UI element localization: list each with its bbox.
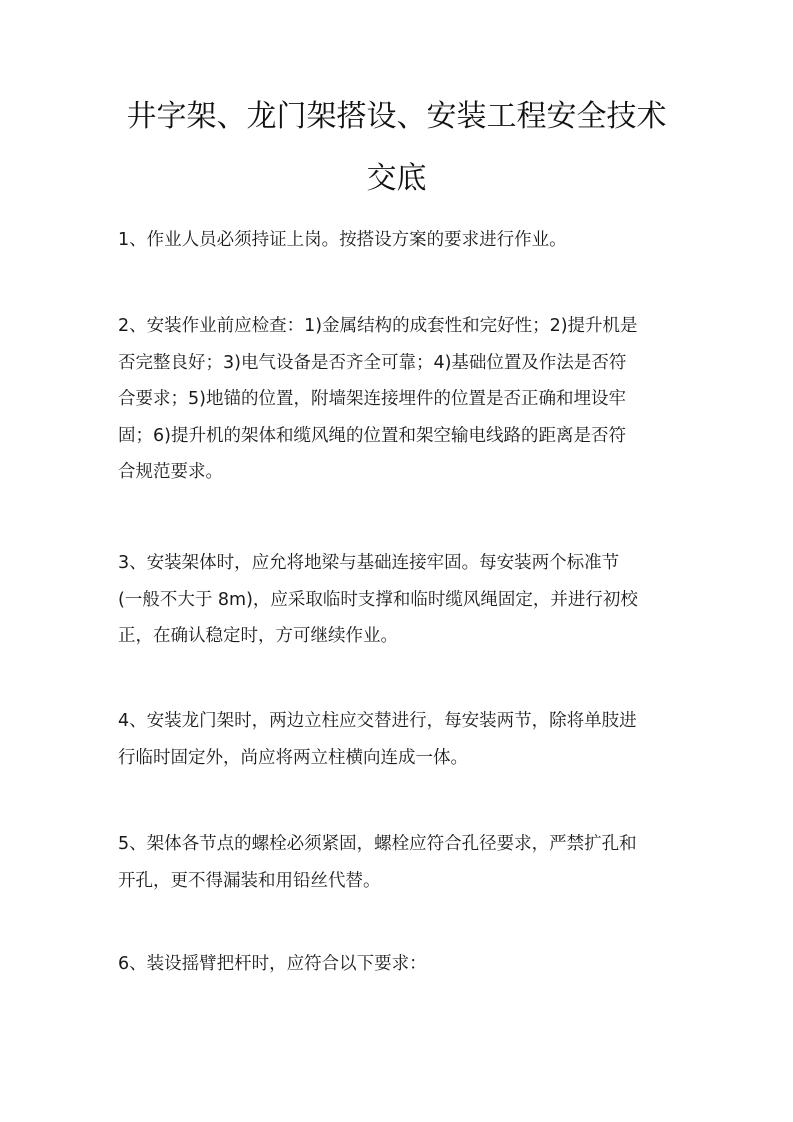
paragraph-4: 4、安装龙门架时，两边立柱应交替进行，每安装两节，除将单肢进 行临时固定外，尚应… bbox=[118, 703, 688, 776]
paragraph-line: 3、安装架体时，应允将地梁与基础连接牢固。每安装两个标准节 bbox=[118, 545, 688, 582]
paragraph-1: 1、作业人员必须持证上岗。按搭设方案的要求进行作业。 bbox=[118, 222, 688, 259]
paragraph-line: (一般不大于 8m)，应采取临时支撑和临时缆风绳固定，并进行初校 bbox=[118, 582, 688, 619]
document-title: 井字架、龙门架搭设、安装工程安全技术 交底 bbox=[0, 86, 793, 210]
paragraph-line: 行临时固定外，尚应将两立柱横向连成一体。 bbox=[118, 740, 688, 777]
paragraph-line: 1、作业人员必须持证上岗。按搭设方案的要求进行作业。 bbox=[118, 222, 688, 259]
paragraph-line: 6、装设摇臂把杆时，应符合以下要求： bbox=[118, 946, 688, 983]
paragraph-line: 2、安装作业前应检查：1)金属结构的成套性和完好性；2)提升机是 bbox=[118, 308, 688, 345]
paragraph-line: 5、架体各节点的螺栓必须紧固，螺栓应符合孔径要求，严禁扩孔和 bbox=[118, 826, 688, 863]
paragraph-line: 正，在确认稳定时，方可继续作业。 bbox=[118, 618, 688, 655]
title-line-2: 交底 bbox=[0, 148, 793, 210]
paragraph-line: 固；6)提升机的架体和缆风绳的位置和架空输电线路的距离是否符 bbox=[118, 418, 688, 455]
paragraph-line: 合要求；5)地锚的位置，附墙架连接埋件的位置是否正确和埋设牢 bbox=[118, 381, 688, 418]
paragraph-line: 合规范要求。 bbox=[118, 454, 688, 491]
paragraph-line: 4、安装龙门架时，两边立柱应交替进行，每安装两节，除将单肢进 bbox=[118, 703, 688, 740]
title-line-1: 井字架、龙门架搭设、安装工程安全技术 bbox=[0, 86, 793, 148]
paragraph-5: 5、架体各节点的螺栓必须紧固，螺栓应符合孔径要求，严禁扩孔和 开孔，更不得漏装和… bbox=[118, 826, 688, 899]
paragraph-3: 3、安装架体时，应允将地梁与基础连接牢固。每安装两个标准节 (一般不大于 8m)… bbox=[118, 545, 688, 655]
paragraph-2: 2、安装作业前应检查：1)金属结构的成套性和完好性；2)提升机是 否完整良好；3… bbox=[118, 308, 688, 491]
document-page: 井字架、龙门架搭设、安装工程安全技术 交底 1、作业人员必须持证上岗。按搭设方案… bbox=[0, 0, 793, 1122]
paragraph-line: 否完整良好；3)电气设备是否齐全可靠；4)基础位置及作法是否符 bbox=[118, 345, 688, 382]
paragraph-6: 6、装设摇臂把杆时，应符合以下要求： bbox=[118, 946, 688, 983]
paragraph-line: 开孔，更不得漏装和用铅丝代替。 bbox=[118, 863, 688, 900]
